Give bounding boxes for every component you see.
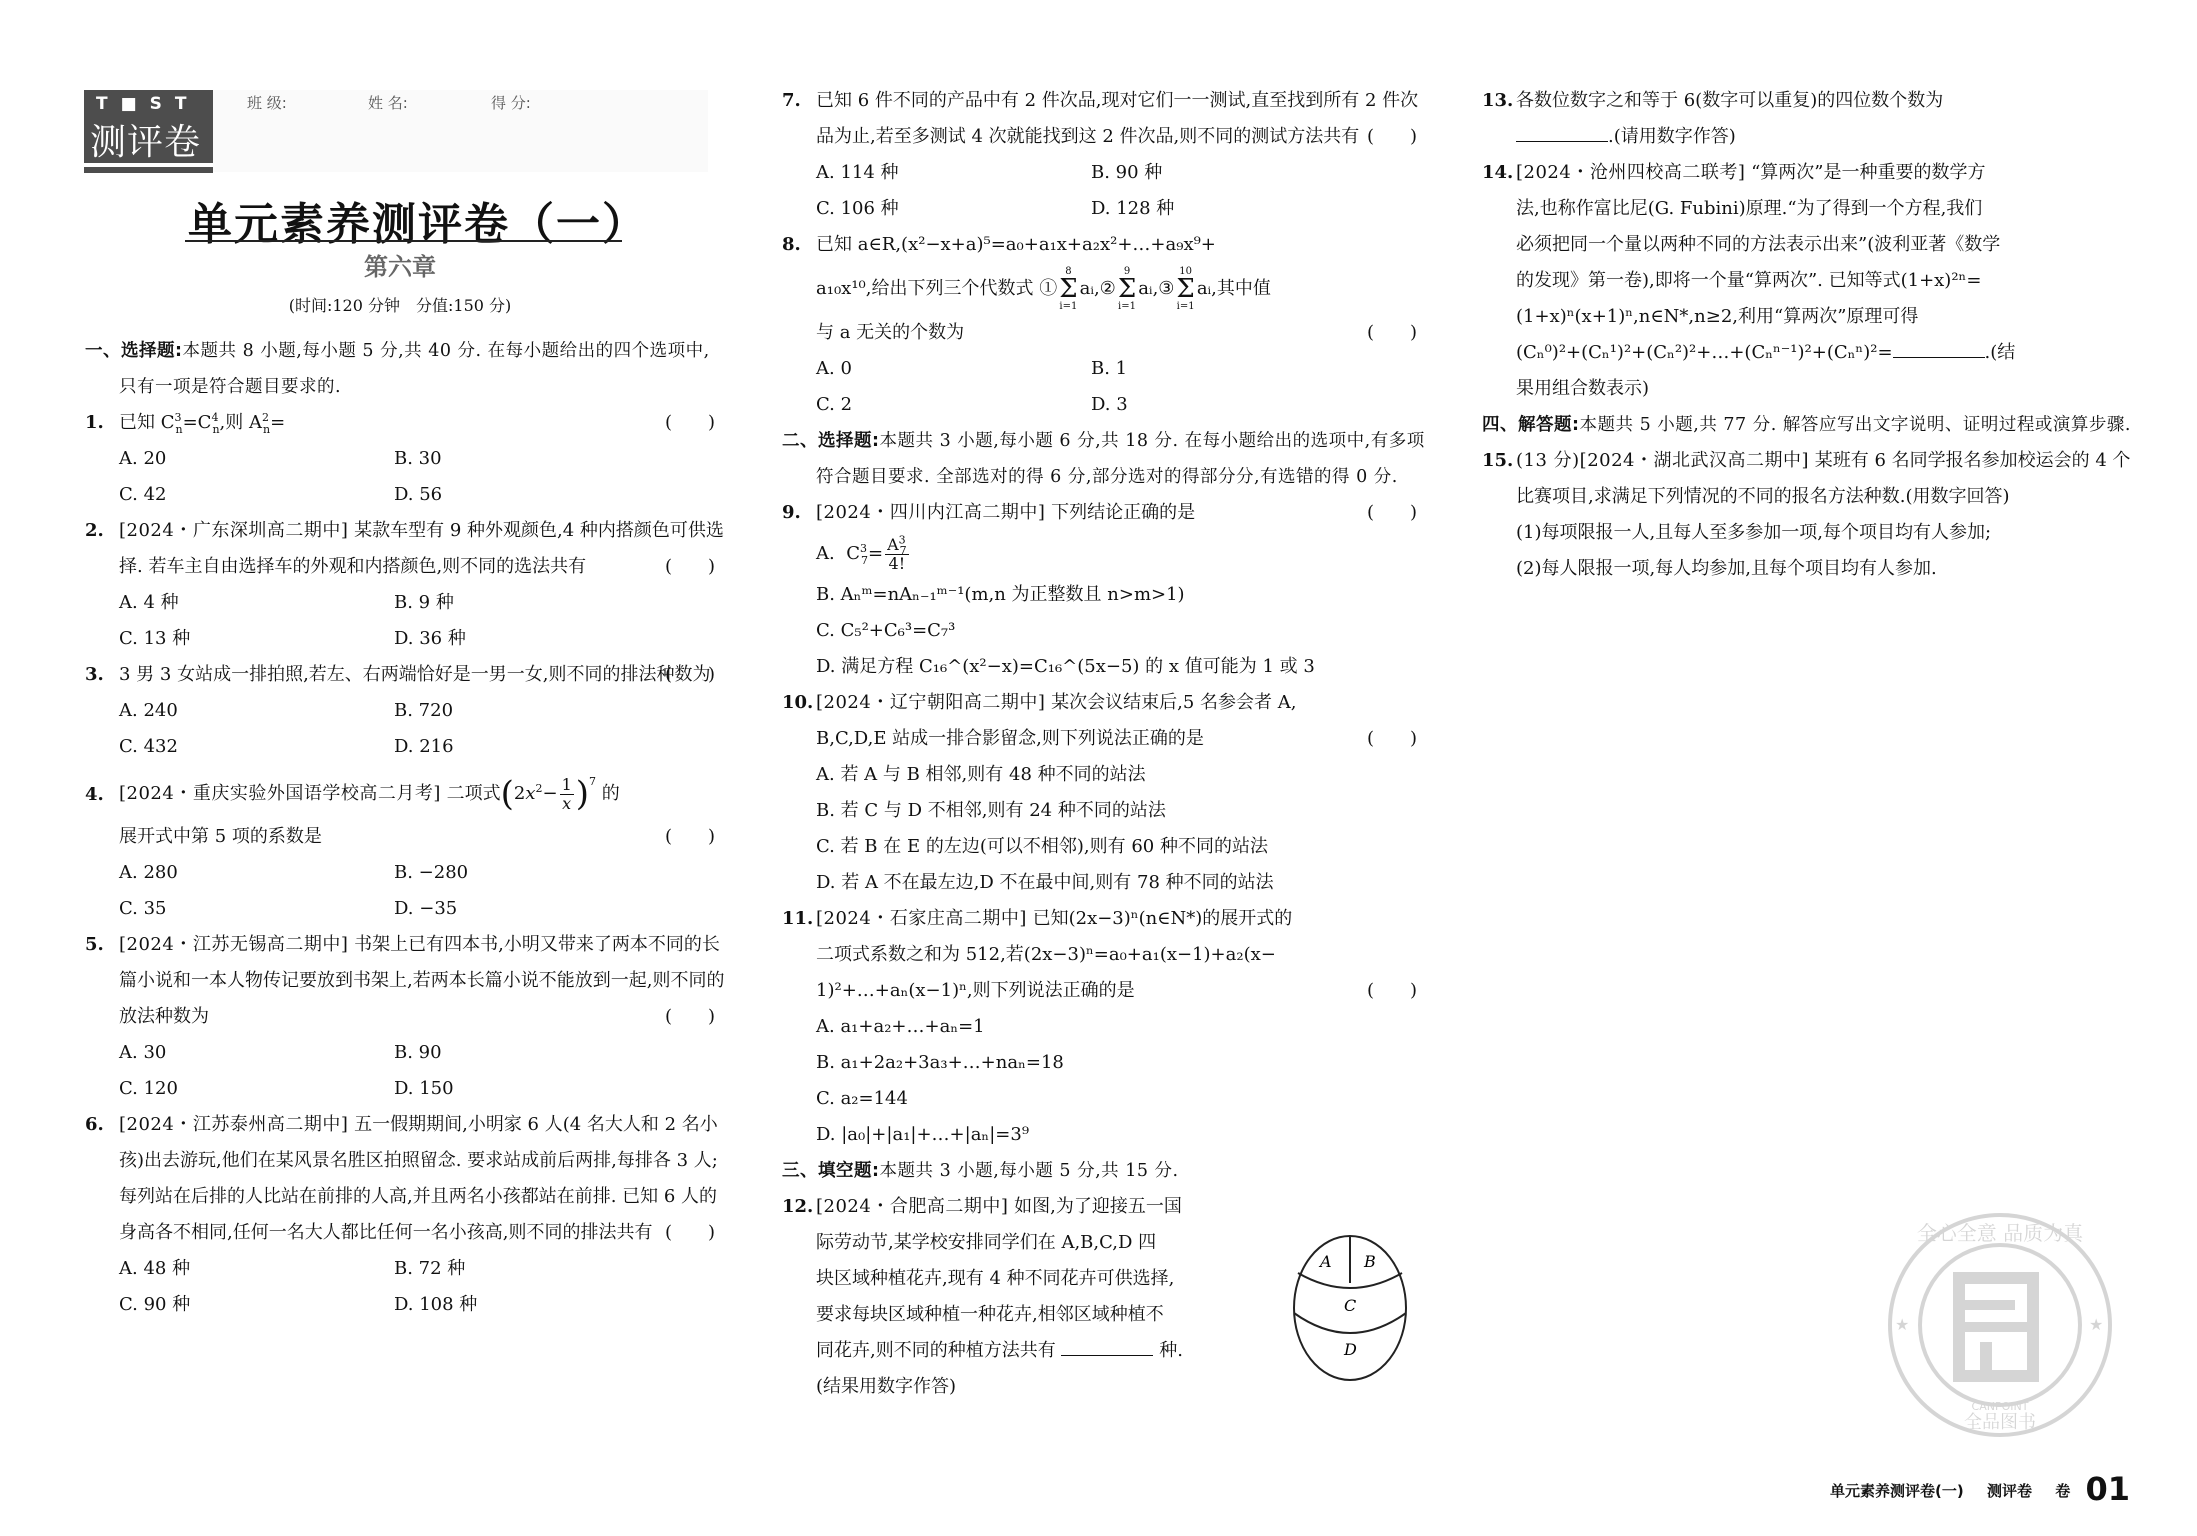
option-a[interactable]: A. 20 (119, 441, 394, 477)
publisher-stamp: 全心全意 品质为真 全品图书 CANPOINT ★ ★ (1885, 1210, 2115, 1440)
question-2-options: A. 4 种 B. 9 种 C. 13 种 D. 36 种 (85, 585, 725, 657)
question-9-options: A. C37=A374! B. Aₙᵐ=nAₙ₋₁ᵐ⁻¹(m,n 为正整数且 n… (782, 531, 1427, 685)
question-3-options: A. 240 B. 720 C. 432 D. 216 (85, 693, 725, 765)
question-text: .(结 (1985, 342, 2016, 363)
option-c[interactable]: C. 35 (119, 891, 394, 927)
option-d[interactable]: D. −35 (394, 891, 669, 927)
option-a[interactable]: A. C37=A374! (816, 531, 1427, 577)
question-7: 7. 已知 6 件不同的产品中有 2 件次品,现对它们一一测试,直至找到所有 2… (782, 83, 1427, 155)
answer-bracket[interactable]: ( ) (665, 1215, 715, 1251)
question-text: 3 男 3 女站成一排拍照,若左、右两端恰好是一男一女,则不同的排法种数为 (119, 664, 711, 685)
student-info-band: 班 级: 姓 名: 得 分: (213, 90, 708, 172)
question-10: 10. [2024・辽宁朝阳高二期中] 某次会议结束后,5 名参会者 A, B,… (782, 685, 1427, 757)
question-15: 15. (13 分)[2024・湖北武汉高二期中] 某班有 6 名同学报名参加校… (1482, 443, 2132, 587)
footer-label-2: 卷 (2055, 1482, 2070, 1500)
option-c[interactable]: C. 120 (119, 1071, 394, 1107)
left-column: 一、选择题:本题共 8 小题,每小题 5 分,共 40 分. 在每小题给出的四个… (85, 333, 725, 1323)
option-d[interactable]: D. 3 (1091, 387, 1366, 423)
question-1: 1. 已知 C3n=C4n,则 A2n= ( ) (85, 405, 725, 441)
sum-expression-3: 10Σi=1 (1176, 266, 1194, 312)
question-source: [2024・重庆实验外国语学校高二月考] (119, 783, 441, 804)
question-text: .(请用数字作答) (1608, 126, 1736, 147)
option-a[interactable]: A. a₁+a₂+…+aₙ=1 (816, 1009, 1427, 1045)
option-d[interactable]: D. 36 种 (394, 621, 669, 657)
answer-bracket[interactable]: ( ) (665, 657, 715, 693)
section-4-desc: 本题共 5 小题,共 77 分. 解答应写出文字说明、证明过程或演算步骤. (1580, 415, 2131, 435)
question-text: 已知 C (119, 412, 175, 433)
test-logo: T■ST 测评卷 (84, 90, 213, 163)
section-4-title: 四、解答题: (1482, 415, 1580, 435)
answer-bracket[interactable]: ( ) (1367, 721, 1417, 757)
question-number: 11. (782, 901, 813, 937)
question-number: 1. (85, 405, 104, 441)
section-1-header: 一、选择题:本题共 8 小题,每小题 5 分,共 40 分. 在每小题给出的四个… (85, 333, 725, 405)
region-diagram: A B C D (1290, 1233, 1410, 1383)
section-2-header: 二、选择题:本题共 3 小题,每小题 6 分,共 18 分. 在每小题给出的选项… (782, 423, 1427, 495)
question-12: 12. [2024・合肥高二期中] 如图,为了迎接五一国 际劳动节,某学校安排同… (782, 1189, 1316, 1405)
score-field-label: 得 分: (491, 92, 531, 113)
option-b[interactable]: B. −280 (394, 855, 669, 891)
class-field-label: 班 级: (247, 92, 287, 113)
question-number: 9. (782, 495, 801, 531)
section-3-header: 三、填空题:本题共 3 小题,每小题 5 分,共 15 分. (782, 1153, 1427, 1189)
question-text: 已知 a∈R,(x²−x+a)⁵=a₀+a₁x+a₂x²+…+a₉x⁹+ (816, 227, 1427, 263)
question-text: 块区域种植花卉,现有 4 种不同花卉可供选择, (816, 1261, 1316, 1297)
question-source: [2024・江苏泰州高二期中] (119, 1114, 348, 1135)
star-icon: ★ (2089, 1315, 2103, 1334)
question-number: 7. (782, 83, 801, 119)
question-source: [2024・合肥高二期中] (816, 1196, 1008, 1217)
option-a[interactable]: A. 30 (119, 1035, 394, 1071)
question-number: 8. (782, 227, 801, 263)
question-text: 要求每块区域种植一种花卉,相邻区域种植不 (816, 1297, 1316, 1333)
question-source: [2024・江苏无锡高二期中] (119, 934, 348, 955)
page-footer: 单元素养测评卷(一) 测评卷 卷 01 (1770, 1470, 2130, 1508)
question-6-options: A. 48 种 B. 72 种 C. 90 种 D. 108 种 (85, 1251, 725, 1323)
section-4-header: 四、解答题:本题共 5 小题,共 77 分. 解答应写出文字说明、证明过程或演算… (1482, 407, 2132, 443)
question-source: (13 分)[2024・湖北武汉高二期中] (1516, 450, 1809, 471)
option-b[interactable]: B. Aₙᵐ=nAₙ₋₁ᵐ⁻¹(m,n 为正整数且 n>m>1) (816, 577, 1427, 613)
page-title: 单元素养测评卷（一） (188, 188, 618, 252)
option-d[interactable]: D. 150 (394, 1071, 669, 1107)
question-text: 果用组合数表示) (1516, 371, 2132, 407)
answer-bracket[interactable]: ( ) (1367, 315, 1417, 351)
option-a[interactable]: A. 4 种 (119, 585, 394, 621)
question-text: 已知(2x−3)ⁿ(n∈N*)的展开式的 (1033, 908, 1293, 929)
option-a[interactable]: A. 48 种 (119, 1251, 394, 1287)
option-b[interactable]: B. a₁+2a₂+3a₃+…+naₙ=18 (816, 1045, 1427, 1081)
question-3: 3. 3 男 3 女站成一排拍照,若左、右两端恰好是一男一女,则不同的排法种数为… (85, 657, 725, 693)
question-11-options: A. a₁+a₂+…+aₙ=1 B. a₁+2a₂+3a₃+…+naₙ=18 C… (782, 1009, 1427, 1153)
stamp-top-text: 全心全意 品质为真 (1917, 1221, 2084, 1245)
question-4-options: A. 280 B. −280 C. 35 D. −35 (85, 855, 725, 927)
question-6: 6. [2024・江苏泰州高二期中] 五一假期期间,小明家 6 人(4 名大人和… (85, 1107, 725, 1251)
answer-bracket[interactable]: ( ) (665, 819, 715, 855)
option-c[interactable]: C. a₂=144 (816, 1081, 1427, 1117)
question-text: 的发现》第一卷),即将一个量“算两次”. 已知等式(1+x)²ⁿ= (1516, 263, 2132, 299)
answer-bracket[interactable]: ( ) (1367, 973, 1417, 1009)
question-source: [2024・沧州四校高二联考] (1516, 162, 1745, 183)
option-d[interactable]: D. 108 种 (394, 1287, 669, 1323)
question-10-options: A. 若 A 与 B 相邻,则有 48 种不同的站法 B. 若 C 与 D 不相… (782, 757, 1427, 901)
option-d[interactable]: D. 56 (394, 477, 669, 513)
option-b[interactable]: B. 90 (394, 1035, 669, 1071)
question-text: 际劳动节,某学校安排同学们在 A,B,C,D 四 (816, 1225, 1316, 1261)
answer-bracket[interactable]: ( ) (665, 999, 715, 1035)
option-a[interactable]: A. 280 (119, 855, 394, 891)
page-number: 01 (2085, 1470, 2130, 1508)
option-a[interactable]: A. 114 种 (816, 155, 1091, 191)
question-text: B,C,D,E 站成一排合影留念,则下列说法正确的是 (816, 728, 1204, 749)
question-text: 与 a 无关的个数为 (816, 322, 964, 343)
question-number: 3. (85, 657, 104, 693)
option-d[interactable]: D. 满足方程 C₁₆^(x²−x)=C₁₆^(5x−5) 的 x 值可能为 1… (816, 649, 1427, 685)
question-text: (1+x)ⁿ(x+1)ⁿ,n∈N*,n≥2,利用“算两次”原理可得 (1516, 299, 2132, 335)
region-label-c: C (1344, 1296, 1356, 1315)
question-text: 的 (602, 783, 620, 804)
question-text: 二项式系数之和为 512,若(2x−3)ⁿ=a₀+a₁(x−1)+a₂(x− (816, 937, 1427, 973)
logo-english: T■ST (96, 94, 200, 114)
logo-chinese: 测评卷 (90, 114, 201, 165)
question-text: “算两次”是一种重要的数学方 (1751, 162, 1985, 183)
question-13: 13. 各数位数字之和等于 6(数字可以重复)的四位数个数为 .(请用数字作答) (1482, 83, 2132, 155)
answer-blank[interactable] (1061, 1335, 1153, 1356)
option-b[interactable]: B. 30 (394, 441, 669, 477)
option-b[interactable]: B. 1 (1091, 351, 1366, 387)
question-4: 4. [2024・重庆实验外国语学校高二月考] 二项式(2x2−1x)7 的 展… (85, 769, 725, 855)
question-text: 下列结论正确的是 (1051, 502, 1195, 523)
question-text: 如图,为了迎接五一国 (1014, 1196, 1182, 1217)
option-b[interactable]: B. 9 种 (394, 585, 669, 621)
answer-bracket[interactable]: ( ) (665, 549, 715, 585)
option-c[interactable]: C. 106 种 (816, 191, 1091, 227)
answer-bracket[interactable]: ( ) (665, 405, 715, 441)
question-source: [2024・辽宁朝阳高二期中] (816, 692, 1045, 713)
question-expression: (Cₙ⁰)²+(Cₙ¹)²+(Cₙ²)²+…+(Cₙⁿ⁻¹)²+(Cₙⁿ)²= (1516, 342, 1893, 363)
option-b[interactable]: B. 若 C 与 D 不相邻,则有 24 种不同的站法 (816, 793, 1427, 829)
section-2-title: 二、选择题: (782, 431, 880, 451)
question-5-options: A. 30 B. 90 C. 120 D. 150 (85, 1035, 725, 1107)
middle-column: 7. 已知 6 件不同的产品中有 2 件次品,现对它们一一测试,直至找到所有 2… (782, 83, 1427, 1405)
question-source: [2024・石家庄高二期中] (816, 908, 1027, 929)
question-number: 2. (85, 513, 104, 549)
question-text: a₁₀x¹⁰,给出下列三个代数式 ① (816, 278, 1057, 299)
question-number: 5. (85, 927, 104, 963)
question-text: 各数位数字之和等于 6(数字可以重复)的四位数个数为 (1516, 83, 2132, 119)
question-text: 1)²+…+aₙ(x−1)ⁿ,则下列说法正确的是 (816, 980, 1135, 1001)
chapter-label: 第六章 (300, 247, 500, 282)
option-c[interactable]: C. 42 (119, 477, 394, 513)
option-c[interactable]: C. C₅²+C₆³=C₇³ (816, 613, 1427, 649)
question-text: 必须把同一个量以两种不同的方法表示出来”(波利亚著《数学 (1516, 227, 2132, 263)
question-part-1: (1)每项限报一人,且每人至多参加一项,每个项目均有人参加; (1516, 515, 2132, 551)
question-text: 已知 6 件不同的产品中有 2 件次品,现对它们一一测试,直至找到所有 2 件次… (816, 90, 1418, 147)
question-text: 展开式中第 5 项的系数是 (119, 826, 322, 847)
question-note: (结果用数字作答) (816, 1369, 1316, 1405)
region-label-d: D (1343, 1340, 1357, 1359)
question-text: = (270, 412, 285, 433)
question-source: [2024・广东深圳高二期中] (119, 520, 348, 541)
footer-title: 单元素养测评卷(一) (1830, 1482, 1964, 1500)
question-11: 11. [2024・石家庄高二期中] 已知(2x−3)ⁿ(n∈N*)的展开式的 … (782, 901, 1427, 1009)
question-9: 9. [2024・四川内江高二期中] 下列结论正确的是 ( ) (782, 495, 1427, 531)
right-column: 13. 各数位数字之和等于 6(数字可以重复)的四位数个数为 .(请用数字作答)… (1482, 83, 2132, 587)
answer-bracket[interactable]: ( ) (1367, 119, 1417, 155)
sum-expression-2: 9Σi=1 (1118, 266, 1136, 312)
question-5: 5. [2024・江苏无锡高二期中] 书架上已有四本书,小明又带来了两本不同的长… (85, 927, 725, 1035)
section-1-title: 一、选择题: (85, 341, 183, 361)
question-number: 12. (782, 1189, 813, 1225)
question-number: 4. (85, 777, 104, 813)
option-a[interactable]: A. 0 (816, 351, 1091, 387)
option-d[interactable]: D. |a₀|+|a₁|+…+|aₙ|=3⁹ (816, 1117, 1427, 1153)
question-number: 6. (85, 1107, 104, 1143)
section-3-desc: 本题共 3 小题,每小题 5 分,共 15 分. (880, 1161, 1179, 1181)
title-underline (185, 240, 622, 242)
answer-blank[interactable] (1516, 121, 1608, 142)
option-d[interactable]: D. 128 种 (1091, 191, 1366, 227)
question-8: 8. 已知 a∈R,(x²−x+a)⁵=a₀+a₁x+a₂x²+…+a₉x⁹+ … (782, 227, 1427, 351)
question-7-options: A. 114 种 B. 90 种 C. 106 种 D. 128 种 (782, 155, 1427, 227)
sum-expression-1: 8Σi=1 (1059, 266, 1077, 312)
option-c[interactable]: C. 90 种 (119, 1287, 394, 1323)
option-c[interactable]: C. 432 (119, 729, 394, 765)
option-b[interactable]: B. 720 (394, 693, 669, 729)
question-text: 种. (1159, 1340, 1183, 1361)
region-label-b: B (1363, 1252, 1376, 1271)
option-d[interactable]: D. 若 A 不在最左边,D 不在最中间,则有 78 种不同的站法 (816, 865, 1427, 901)
section-1-desc: 本题共 8 小题,每小题 5 分,共 40 分. 在每小题给出的四个选项中,只有… (119, 341, 710, 397)
question-text: 法,也称作富比尼(G. Fubini)原理.“为了得到一个方程,我们 (1516, 191, 2132, 227)
option-c[interactable]: C. 若 B 在 E 的左边(可以不相邻),则有 60 种不同的站法 (816, 829, 1427, 865)
option-b[interactable]: B. 72 种 (394, 1251, 669, 1287)
question-text: 二项式 (447, 783, 501, 804)
question-number: 15. (1482, 443, 1513, 479)
question-part-2: (2)每人限报一项,每人均参加,且每个项目均有人参加. (1516, 551, 2132, 587)
question-number: 13. (1482, 83, 1513, 119)
stamp-brand: CANPOINT (1972, 1400, 2029, 1413)
question-number: 14. (1482, 155, 1513, 191)
footer-label: 测评卷 (1987, 1482, 2032, 1500)
answer-blank[interactable] (1893, 337, 1985, 358)
question-1-options: A. 20 B. 30 C. 42 D. 56 (85, 441, 725, 513)
option-a[interactable]: A. 240 (119, 693, 394, 729)
section-3-title: 三、填空题: (782, 1161, 880, 1181)
section-2-desc: 本题共 3 小题,每小题 6 分,共 18 分. 在每小题给出的选项中,有多项符… (816, 431, 1425, 487)
option-d[interactable]: D. 216 (394, 729, 669, 765)
option-a[interactable]: A. 若 A 与 B 相邻,则有 48 种不同的站法 (816, 757, 1427, 793)
question-text: 某次会议结束后,5 名参会者 A, (1051, 692, 1296, 713)
star-icon: ★ (1895, 1315, 1909, 1334)
name-field-label: 姓 名: (368, 92, 408, 113)
region-label-a: A (1318, 1252, 1332, 1271)
stamp-bottom-text: 全品图书 (1964, 1412, 2036, 1433)
answer-bracket[interactable]: ( ) (1367, 495, 1417, 531)
question-14: 14. [2024・沧州四校高二联考] “算两次”是一种重要的数学方 法,也称作… (1482, 155, 2132, 407)
option-c[interactable]: C. 13 种 (119, 621, 394, 657)
logo-underline (84, 167, 213, 173)
option-b[interactable]: B. 90 种 (1091, 155, 1366, 191)
question-text: ,则 A (220, 412, 262, 433)
question-source: [2024・四川内江高二期中] (816, 502, 1045, 523)
question-2: 2. [2024・广东深圳高二期中] 某款车型有 9 种外观颜色,4 种内搭颜色… (85, 513, 725, 585)
question-number: 10. (782, 685, 813, 721)
time-score-info: (时间:120 分钟 分值:150 分) (200, 293, 600, 316)
question-text: =C (183, 412, 212, 433)
question-text: 同花卉,则不同的种植方法共有 (816, 1340, 1056, 1361)
option-c[interactable]: C. 2 (816, 387, 1091, 423)
question-8-options: A. 0 B. 1 C. 2 D. 3 (782, 351, 1427, 423)
